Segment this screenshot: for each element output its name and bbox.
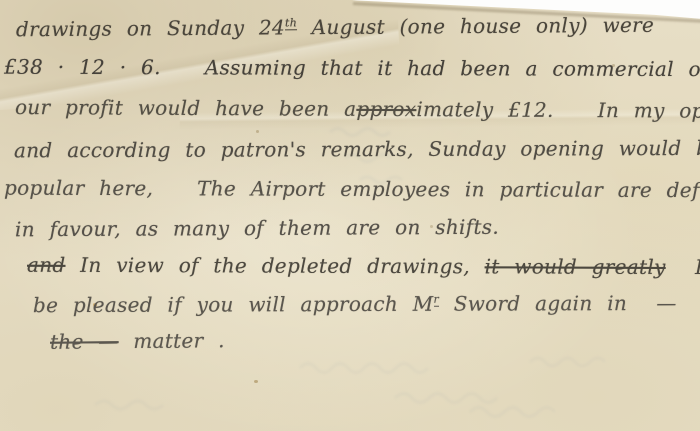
ordinal-superscript: th bbox=[285, 17, 297, 31]
line-text: August (one house only) were bbox=[297, 13, 654, 39]
scanned-letter-page: drawings on Sunday 24th August (one hous… bbox=[0, 0, 700, 431]
handwritten-line-2: £38 · 12 · 6. Assuming that it had been … bbox=[4, 55, 700, 82]
paper-speck bbox=[256, 130, 259, 133]
struck-text: and bbox=[27, 253, 66, 277]
handwritten-line-7: and In view of the depleted drawings, it… bbox=[27, 253, 700, 280]
line-text: Sword again in — bbox=[439, 291, 677, 316]
handwritten-line-4: and according to patron's remarks, Sunda… bbox=[14, 136, 700, 163]
paper-speck bbox=[254, 380, 258, 383]
line-text: in favour, as many of them are on shifts… bbox=[15, 215, 499, 242]
struck-text: pprox bbox=[356, 97, 416, 121]
line-text: matter . bbox=[119, 328, 225, 353]
handwritten-line-1: drawings on Sunday 24th August (one hous… bbox=[16, 13, 654, 41]
handwritten-line-5: popular here, The Airport employees in p… bbox=[4, 176, 700, 203]
line-text: drawings on Sunday 24 bbox=[16, 15, 285, 41]
line-text: £38 · 12 · 6. Assuming that it had been … bbox=[4, 55, 700, 82]
struck-text: the — bbox=[50, 329, 119, 354]
line-text: our profit would have been a bbox=[15, 95, 356, 121]
handwritten-line-6: in favour, as many of them are on shifts… bbox=[15, 215, 499, 242]
line-text: and according to patron's remarks, Sunda… bbox=[14, 136, 700, 163]
handwritten-line-8: be pleased if you will approach Mr Sword… bbox=[33, 291, 677, 317]
line-text: be pleased if you will approach M bbox=[33, 292, 434, 317]
handwritten-line-3: our profit would have been approximately… bbox=[15, 95, 700, 123]
line-text: popular here, The Airport employees in p… bbox=[4, 176, 700, 203]
handwritten-line-9: the — matter . bbox=[50, 328, 225, 354]
line-text: imately £12. In my opinion, bbox=[416, 97, 700, 123]
struck-text: it would greatly bbox=[485, 254, 666, 279]
line-text: I will bbox=[666, 255, 700, 279]
line-text: In view of the depleted drawings, bbox=[65, 253, 484, 278]
